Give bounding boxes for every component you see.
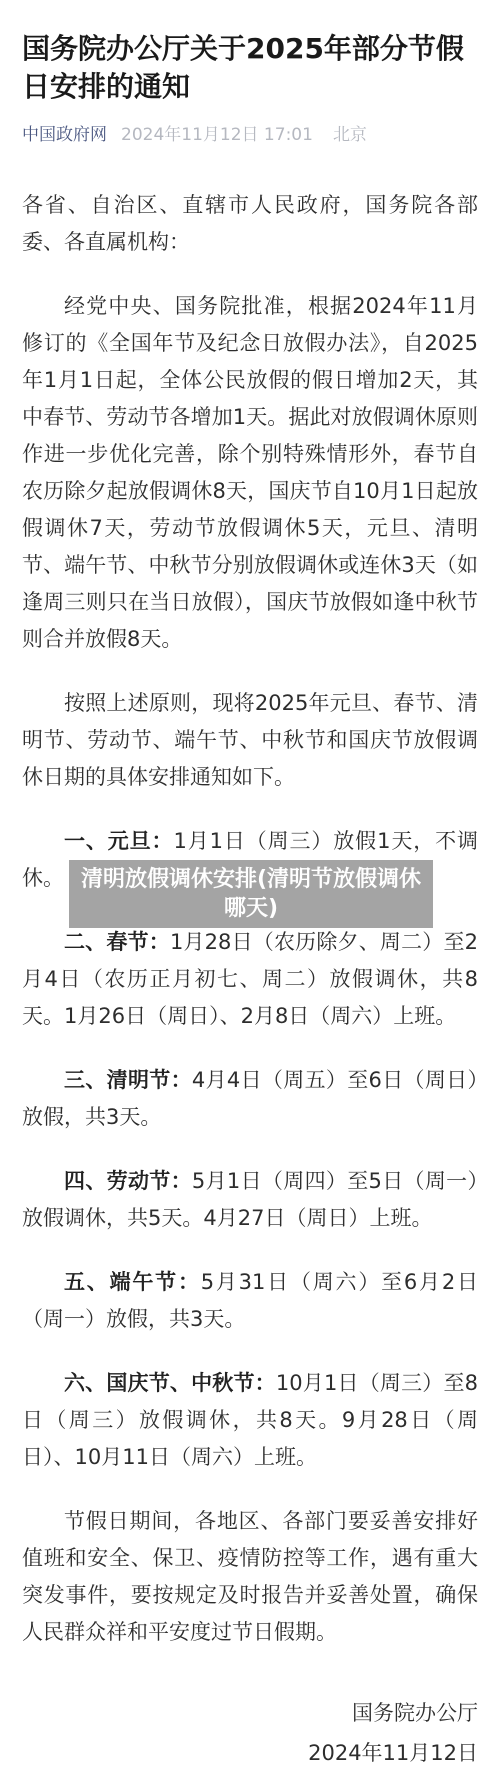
publish-datetime: 2024年11月12日 17:01 bbox=[121, 124, 313, 147]
article-meta: 中国政府网 2024年11月12日 17:01 北京 bbox=[22, 124, 478, 147]
paragraph-text: 节假日期间，各地区、各部门要妥善安排好值班和安全、保卫、疫情防控等工作，遇有重大… bbox=[22, 1509, 478, 1644]
holiday-item-national-day: 六、国庆节、中秋节：10月1日（周三）至8日（周三）放假调休，共8天。9月28日… bbox=[22, 1365, 478, 1476]
holiday-item-dragon-boat: 五、端午节：5月31日（周六）至6月2日（周一）放假，共3天。 bbox=[22, 1264, 478, 1338]
paragraph-text: 按照上述原则，现将2025年元旦、春节、清明节、劳动节、端午节、中秋节和国庆节放… bbox=[22, 691, 478, 789]
holiday-item-labor-day: 四、劳动节：5月1日（周四）至5日（周一）放假调休，共5天。4月27日（周日）上… bbox=[22, 1163, 478, 1237]
paragraph-closing: 节假日期间，各地区、各部门要妥善安排好值班和安全、保卫、疫情防控等工作，遇有重大… bbox=[22, 1503, 478, 1651]
salutation: 各省、自治区、直辖市人民政府，国务院各部委、各直属机构： bbox=[22, 187, 478, 261]
article-body: 各省、自治区、直辖市人民政府，国务院各部委、各直属机构： 经党中央、国务院批准，… bbox=[22, 187, 478, 1773]
paragraph-text: 经党中央、国务院批准，根据2024年11月修订的《全国年节及纪念日放假办法》，自… bbox=[22, 294, 478, 651]
paragraph-policy: 经党中央、国务院批准，根据2024年11月修订的《全国年节及纪念日放假办法》，自… bbox=[22, 288, 478, 658]
signature-date: 2024年11月12日 bbox=[22, 1733, 478, 1773]
holiday-item-qingming: 三、清明节：4月4日（周五）至6日（周日）放假，共3天。 bbox=[22, 1062, 478, 1136]
watermark-overlay: 清明放假调休安排(清明节放假调休哪天) bbox=[69, 860, 433, 928]
holiday-label-national-day: 六、国庆节、中秋节： bbox=[64, 1371, 276, 1395]
holiday-label-new-year: 一、元旦： bbox=[64, 829, 173, 853]
paragraph-intro-list: 按照上述原则，现将2025年元旦、春节、清明节、劳动节、端午节、中秋节和国庆节放… bbox=[22, 685, 478, 796]
holiday-label-labor-day: 四、劳动节： bbox=[64, 1169, 192, 1193]
holiday-label-qingming: 三、清明节： bbox=[64, 1068, 192, 1092]
holiday-label-dragon-boat: 五、端午节： bbox=[64, 1270, 201, 1294]
page-container: 国务院办公厅关于2025年部分节假日安排的通知 中国政府网 2024年11月12… bbox=[0, 0, 500, 1792]
article-title: 国务院办公厅关于2025年部分节假日安排的通知 bbox=[22, 30, 478, 106]
signature: 国务院办公厅 2024年11月12日 bbox=[22, 1693, 478, 1773]
source-name[interactable]: 中国政府网 bbox=[22, 124, 107, 147]
signature-org: 国务院办公厅 bbox=[22, 1693, 478, 1733]
holiday-label-spring-festival: 二、春节： bbox=[64, 930, 170, 954]
holiday-item-spring-festival: 二、春节：1月28日（农历除夕、周二）至2月4日（农历正月初七、周二）放假调休，… bbox=[22, 924, 478, 1035]
publish-location: 北京 bbox=[333, 124, 367, 147]
